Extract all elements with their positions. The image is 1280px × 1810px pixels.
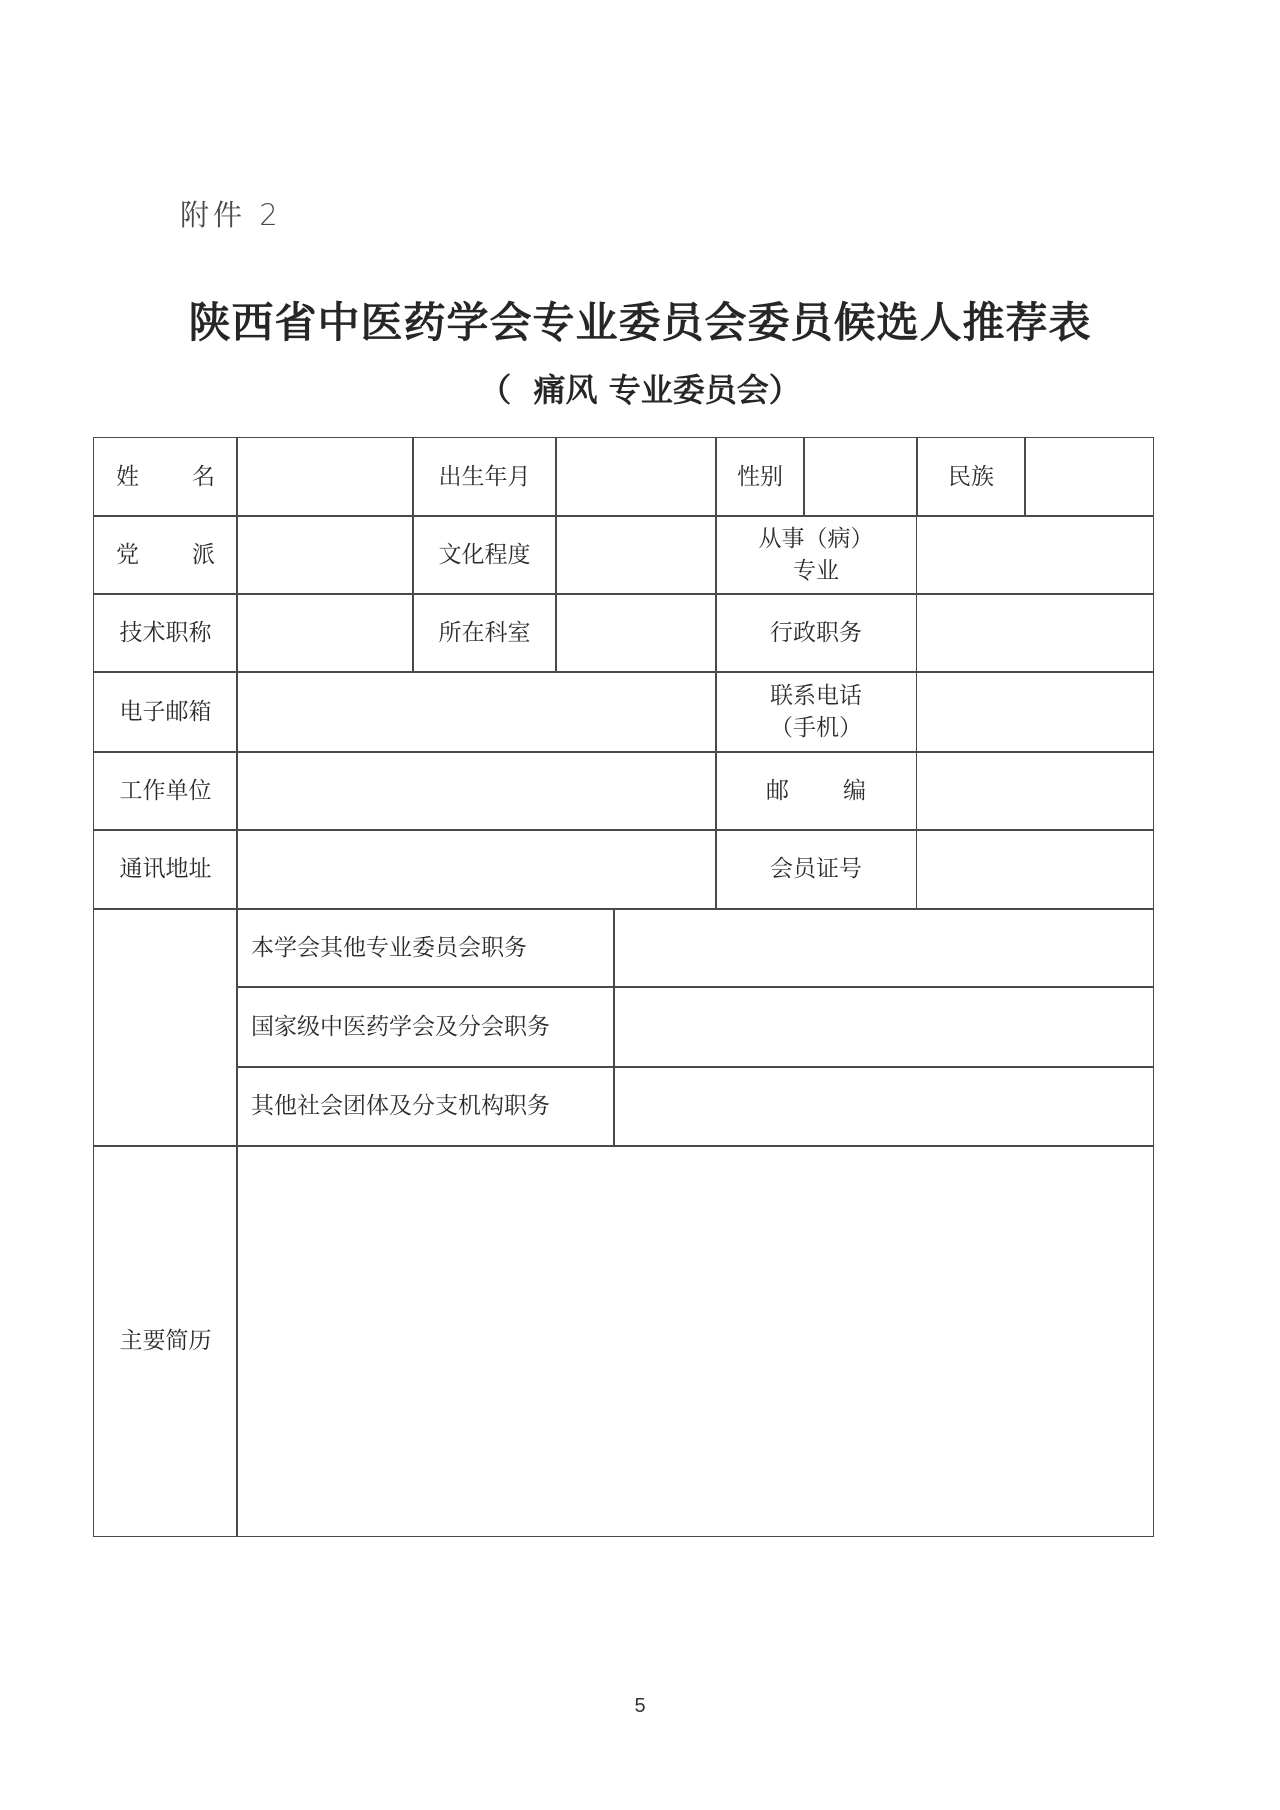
education-field[interactable] [555,515,717,595]
employer-label: 工作单位 [93,751,238,831]
position-label-society-committees: 本学会其他专业委员会职务 [236,908,615,988]
specialty-label: 从事（病） 专业 [715,515,917,595]
phone-label-line2: （手机） [770,712,862,744]
party-label-char: 派 [192,539,215,571]
specialty-field[interactable] [916,515,1154,595]
phone-label-line1: 联系电话 [770,680,862,712]
specialty-label-line1: 从事（病） [759,523,874,555]
phone-label: 联系电话 （手机） [715,671,917,753]
name-label-char: 姓 [116,461,139,493]
email-field[interactable] [236,671,717,753]
ethnicity-label: 民族 [916,437,1026,517]
member-id-label: 会员证号 [715,829,917,910]
email-label: 电子邮箱 [93,671,238,753]
party-label-char: 党 [116,539,139,571]
ethnicity-field[interactable] [1024,437,1154,517]
positions-group-label [93,908,238,1147]
name-field[interactable] [236,437,414,517]
postcode-label-char: 邮 [766,775,789,807]
page-number: 5 [0,1695,1280,1718]
position-label-other-organizations: 其他社会团体及分支机构职务 [236,1066,615,1147]
education-label: 文化程度 [412,515,557,595]
admin-post-field[interactable] [916,593,1154,673]
party-label: 党 派 [93,515,238,595]
position-label-national-tcm: 国家级中医药学会及分会职务 [236,986,615,1068]
position-field-national-tcm[interactable] [613,986,1154,1068]
technical-title-label: 技术职称 [93,593,238,673]
resume-field[interactable] [236,1145,1154,1537]
gender-field[interactable] [803,437,918,517]
name-label: 姓 名 [93,437,238,517]
department-field[interactable] [555,593,717,673]
specialty-label-line2: 专业 [793,555,839,587]
phone-field[interactable] [916,671,1154,753]
position-field-society-committees[interactable] [613,908,1154,988]
postcode-label-char: 编 [843,775,866,807]
postcode-field[interactable] [916,751,1154,831]
address-label: 通讯地址 [93,829,238,910]
gender-label: 性别 [715,437,805,517]
address-field[interactable] [236,829,717,910]
postcode-label: 邮 编 [715,751,917,831]
department-label: 所在科室 [412,593,557,673]
name-label-char: 名 [192,461,215,493]
employer-field[interactable] [236,751,717,831]
birth-date-label: 出生年月 [412,437,557,517]
party-field[interactable] [236,515,414,595]
birth-date-field[interactable] [555,437,717,517]
resume-label: 主要简历 [93,1145,238,1537]
member-id-field[interactable] [916,829,1154,910]
position-field-other-organizations[interactable] [613,1066,1154,1147]
admin-post-label: 行政职务 [715,593,917,673]
recommendation-form: 姓 名 出生年月 性别 民族 党 派 文化程度 从事（病） 专业 技术职称 所在… [0,0,1280,1810]
technical-title-field[interactable] [236,593,414,673]
